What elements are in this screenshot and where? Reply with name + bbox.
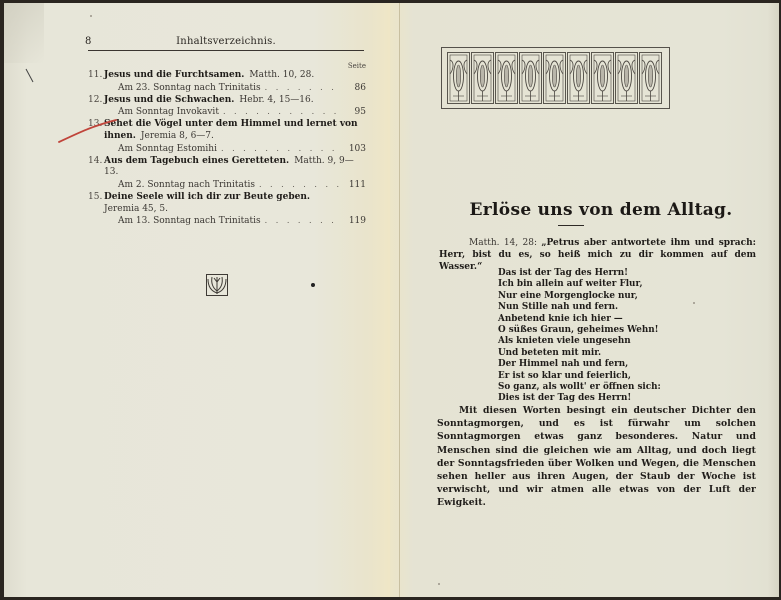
page-corner-shadow [4,3,44,63]
book-gutter [399,3,400,597]
toc-entry-page: 86 [346,83,366,95]
dot-leader: . . . . . . . . . . . . . . . . . . . . … [265,82,342,94]
poem-line: Nur eine Morgenglocke nur, [498,291,738,302]
toc-entry-page: 103 [346,144,366,156]
paper-speck [693,302,695,304]
toc-entry-reference: Jeremia 45, 5. [104,204,168,214]
toc-entry-title: Sehet die Vögel unter dem Himmel und ler… [104,119,358,129]
toc-entry: 13. Sehet die Vögel unter dem Himmel und… [88,119,366,155]
red-pencil-mark-icon [58,112,118,144]
poem-line: Ich bin allein auf weiter Flur, [498,279,738,290]
toc-entry-page: 119 [346,216,366,228]
toc-entry-number: 14. [88,156,102,168]
toc-entry-page: 111 [346,180,366,192]
poem-line: So ganz, als wollt' er öffnen sich: [498,382,738,393]
paper-speck [90,15,92,17]
toc-entry-occasion: Am 23. Sonntag nach Trinitatis [118,83,261,95]
toc-entry-title: Deine Seele will ich dir zur Beute geben… [104,192,310,202]
tulip-frieze-icon [447,52,664,104]
header-rule [88,50,364,51]
toc-entry: 15. Deine Seele will ich dir zur Beute g… [88,192,366,228]
toc-entry-number: 12. [88,95,102,107]
toc-entry-reference: Hebr. 4, 15—16. [239,95,313,105]
dot-leader: . . . . . . . . . . . . . . . . . . . . … [259,179,342,191]
tulip-vignette-icon [206,274,228,296]
page-column-label: Seite [330,62,366,70]
ornamental-frieze [441,47,670,109]
poem-line: Das ist der Tag des Herrn! [498,268,738,279]
title-rule [558,225,584,226]
poem-line: Anbetend knie ich hier — [498,314,738,325]
body-paragraph: Mit diesen Worten besingt ein deutscher … [437,404,756,510]
toc-entry: 11. Jesus und die Furchtsamen.Matth. 10,… [88,70,366,94]
toc-entry-page: 95 [346,107,366,119]
paper-speck [438,583,440,585]
toc-entry-title: Jesus und die Furchtsamen. [104,70,244,80]
toc-entry-number: 15. [88,192,102,204]
poem-line: Der Himmel nah und fern, [498,359,738,370]
toc-entry-occasion: Am Sonntag Estomihi [118,144,217,156]
dot-leader: . . . . . . . . . . . . . . . . . . . . … [265,215,342,227]
poem-line: Und beteten mit mir. [498,348,738,359]
dot-leader: . . . . . . . . . . . . . . . . . . . . … [223,106,342,118]
poem: Das ist der Tag des Herrn! Ich bin allei… [498,268,738,405]
toc-entry-occasion: Am Sonntag Invokavit [118,107,219,119]
table-of-contents: 11. Jesus und die Furchtsamen.Matth. 10,… [88,70,366,228]
toc-entry-title: Jesus und die Schwachen. [104,95,234,105]
margin-tick-mark-icon [24,68,36,84]
toc-entry-reference: Matth. 10, 28. [249,70,314,80]
poem-line: Als knieten viele ungesehn [498,336,738,347]
toc-entry-occasion: Am 13. Sonntag nach Trinitatis [118,216,261,228]
chapter-title: Erlöse uns von dem Alltag. [436,200,766,220]
toc-entry: 12. Jesus und die Schwachen.Hebr. 4, 15—… [88,95,366,119]
toc-entry: 14. Aus dem Tagebuch eines Geretteten.Ma… [88,156,366,192]
toc-entry-occasion: Am 2. Sonntag nach Trinitatis [118,180,255,192]
ink-speck [311,283,315,287]
toc-entry-number: 11. [88,70,102,82]
poem-line: Er ist so klar und feierlich, [498,371,738,382]
toc-entry-title: Aus dem Tagebuch eines Geretteten. [104,156,289,166]
poem-line: Nun Stille nah und fern. [498,302,738,313]
running-head: 8 Inhaltsverzeichnis. [85,36,367,50]
running-title: Inhaltsverzeichnis. [85,36,367,47]
poem-line: O süßes Graun, geheimes Wehn! [498,325,738,336]
toc-entry-reference: Jeremia 8, 6—7. [141,131,214,141]
epigraph-reference: Matth. 14, 28: [469,238,537,248]
dot-leader: . . . . . . . . . . . . . . . . . . . . … [221,143,342,155]
